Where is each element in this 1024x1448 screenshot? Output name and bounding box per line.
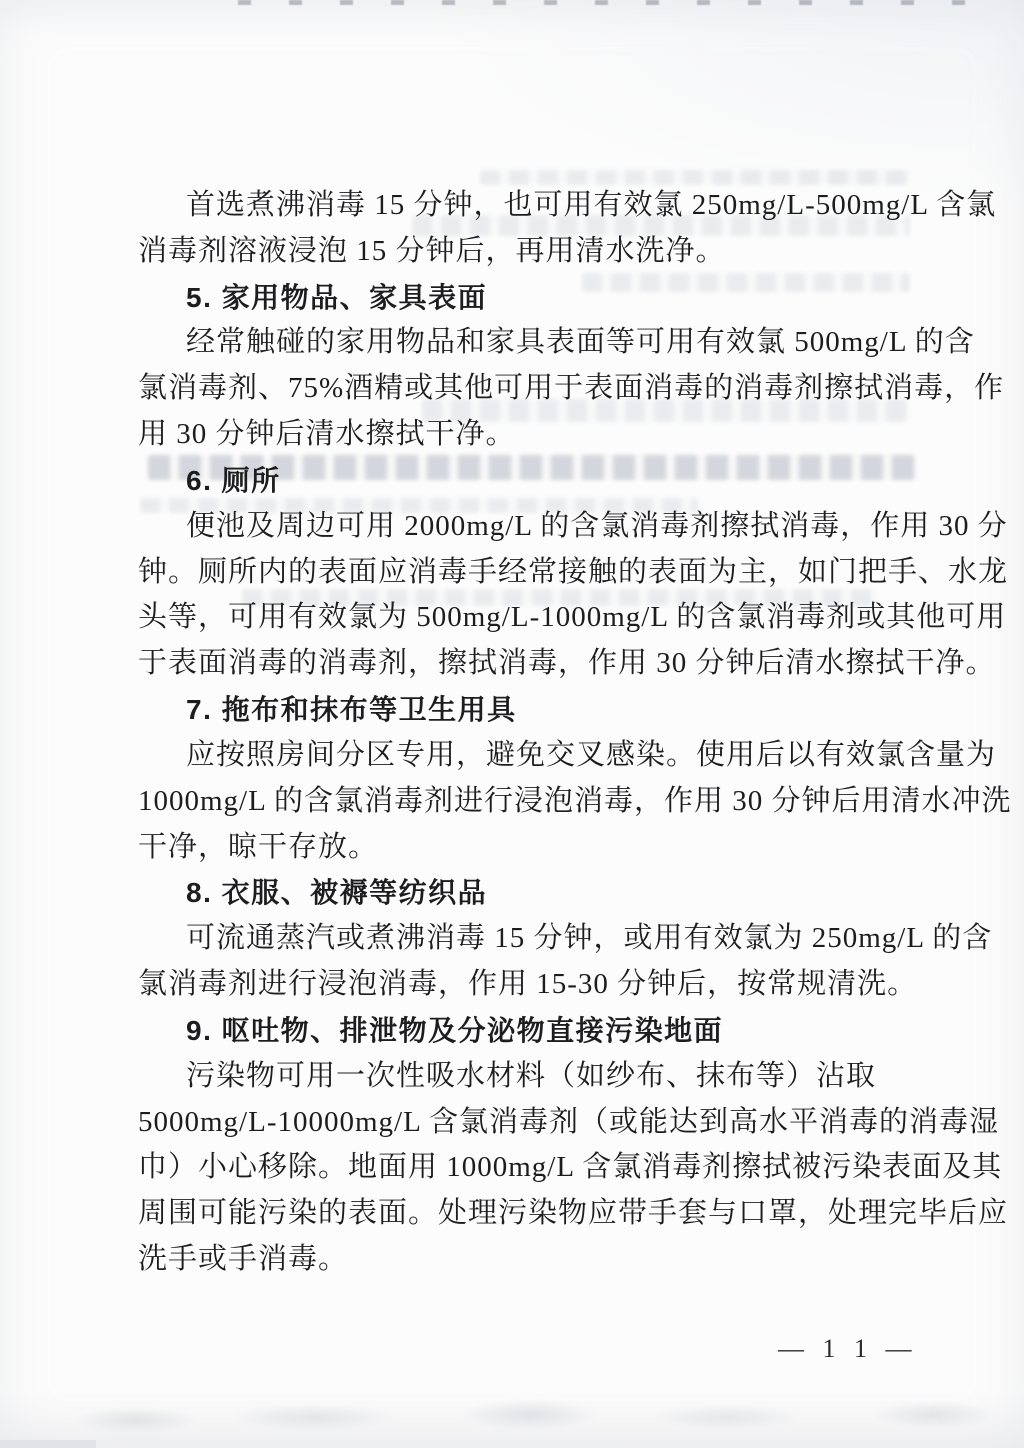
body-text-line: 便池及周边可用 2000mg/L 的含氯消毒剂擦拭消毒，作用 30 分 xyxy=(138,504,910,550)
document-body: 首选煮沸消毒 15 分钟，也可用有效氯 250mg/L-500mg/L 含氯消毒… xyxy=(138,183,910,1283)
scan-corner-artifact xyxy=(0,1440,96,1448)
body-text-line: 5000mg/L-10000mg/L 含氯消毒剂（或能达到高水平消毒的消毒湿 xyxy=(138,1100,910,1146)
body-text-line: 用 30 分钟后清水擦拭干净。 xyxy=(138,412,910,458)
section-heading: 5. 家用物品、家具表面 xyxy=(138,275,910,321)
body-text-line: 氯消毒剂、75%酒精或其他可用于表面消毒的消毒剂擦拭消毒，作 xyxy=(138,366,910,412)
scanned-document-page: 首选煮沸消毒 15 分钟，也可用有效氯 250mg/L-500mg/L 含氯消毒… xyxy=(0,0,1024,1448)
body-text-line: 可流通蒸汽或煮沸消毒 15 分钟，或用有效氯为 250mg/L 的含 xyxy=(138,916,910,962)
scan-edge-artifact xyxy=(238,0,972,5)
body-text-line: 钟。厕所内的表面应消毒手经常接触的表面为主，如门把手、水龙 xyxy=(138,550,910,596)
body-text-line: 首选煮沸消毒 15 分钟，也可用有效氯 250mg/L-500mg/L 含氯 xyxy=(138,183,910,229)
body-text-line: 应按照房间分区专用，避免交叉感染。使用后以有效氯含量为 xyxy=(138,733,910,779)
section-heading: 7. 拖布和抹布等卫生用具 xyxy=(138,687,910,733)
body-text-line: 头等，可用有效氯为 500mg/L-1000mg/L 的含氯消毒剂或其他可用 xyxy=(138,595,910,641)
body-text-line: 于表面消毒的消毒剂，擦拭消毒，作用 30 分钟后清水擦拭干净。 xyxy=(138,641,910,687)
body-text-line: 氯消毒剂进行浸泡消毒，作用 15-30 分钟后，按常规清洗。 xyxy=(138,962,910,1008)
scan-smudge-artifact xyxy=(18,1386,1002,1438)
body-text-line: 1000mg/L 的含氯消毒剂进行浸泡消毒，作用 30 分钟后用清水冲洗 xyxy=(138,779,910,825)
body-text-line: 周围可能污染的表面。处理污染物应带手套与口罩，处理完毕后应 xyxy=(138,1191,910,1237)
section-heading: 6. 厕所 xyxy=(138,458,910,504)
body-text-line: 巾）小心移除。地面用 1000mg/L 含氯消毒剂擦拭被污染表面及其 xyxy=(138,1145,910,1191)
body-text-line: 污染物可用一次性吸水材料（如纱布、抹布等）沾取 xyxy=(138,1054,910,1100)
page-number: — 1 1 — xyxy=(778,1334,918,1364)
body-text-line: 经常触碰的家用物品和家具表面等可用有效氯 500mg/L 的含 xyxy=(138,320,910,366)
body-text-line: 消毒剂溶液浸泡 15 分钟后，再用清水洗净。 xyxy=(138,229,910,275)
body-text-line: 洗手或手消毒。 xyxy=(138,1237,910,1283)
body-text-line: 干净，晾干存放。 xyxy=(138,825,910,871)
section-heading: 8. 衣服、被褥等纺织品 xyxy=(138,870,910,916)
section-heading: 9. 呕吐物、排泄物及分泌物直接污染地面 xyxy=(138,1008,910,1054)
